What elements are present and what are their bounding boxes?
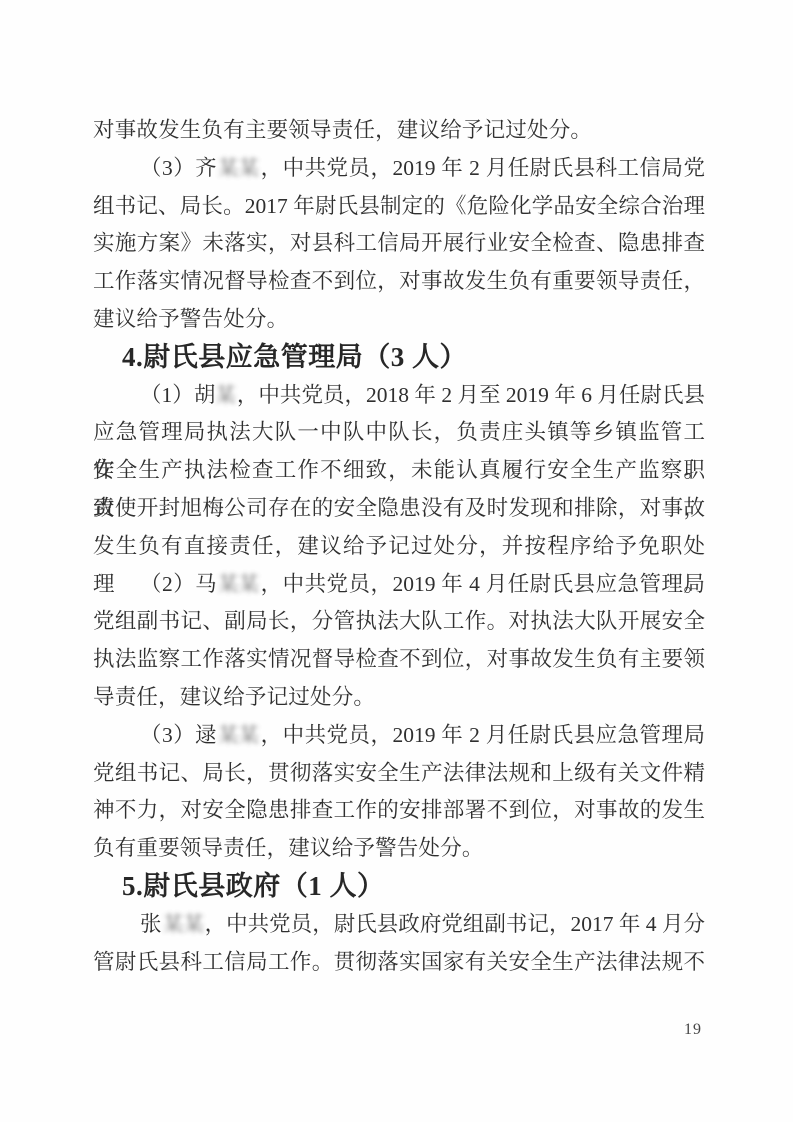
document-page: 对事故发生负有主要领导责任，建议给予记过处分。（3）齐某某，中共党员，2019 …	[0, 0, 793, 1122]
text-segment: （3）齐	[140, 156, 217, 180]
text-line: 组书记、局长。2017 年尉氏县制定的《危险化学品安全综合治理	[93, 188, 705, 226]
text-line: （3）齐某某，中共党员，2019 年 2 月任尉氏县科工信局党	[93, 150, 705, 188]
text-line: 党组书记、局长，贯彻落实安全生产法律法规和上级有关文件精	[93, 755, 705, 793]
text-segment: 负有重要领导责任，建议给予警告处分。	[93, 836, 484, 860]
text-segment: 神不力，对安全隐患排查工作的安排部署不到位，对事故的发生	[93, 798, 705, 822]
text-segment: （1）胡	[140, 383, 215, 407]
text-line: 安全生产执法检查工作不细致，未能认真履行安全生产监察职责，	[93, 452, 705, 490]
text-segment: 建议给予警告处分。	[93, 307, 288, 331]
text-line: 党组副书记、副局长，分管执法大队工作。对执法大队开展安全	[93, 603, 705, 641]
text-segment: 组书记、局长。2017 年尉氏县制定的《危险化学品安全综合治理	[93, 194, 705, 218]
section-heading: 5.尉氏县政府（1 人）	[93, 868, 705, 906]
text-line: 负有重要领导责任，建议给予警告处分。	[93, 830, 705, 868]
text-line: 管尉氏县科工信局工作。贯彻落实国家有关安全生产法律法规不	[93, 944, 705, 982]
redacted-name: 某某	[218, 718, 259, 754]
text-segment: 工作落实情况督导检查不到位，对事故发生负有重要领导责任，	[93, 269, 705, 293]
redacted-name: 某某	[218, 151, 259, 187]
text-segment: （3）逯	[140, 723, 217, 747]
text-line: 致使开封旭梅公司存在的安全隐患没有及时发现和排除，对事故	[93, 490, 705, 528]
text-line: 导责任，建议给予记过处分。	[93, 679, 705, 717]
text-line: 神不力，对安全隐患排查工作的安排部署不到位，对事故的发生	[93, 792, 705, 830]
text-segment: 对事故发生负有主要领导责任，建议给予记过处分。	[93, 118, 592, 142]
text-segment: （2）马	[140, 572, 217, 596]
text-segment: 4.尉氏县应急管理局（3 人）	[122, 342, 467, 372]
text-segment: ，中共党员，2019 年 2 月任尉氏县应急管理局	[260, 723, 705, 747]
text-segment: 实施方案》未落实，对县科工信局开展行业安全检查、隐患排查	[93, 231, 705, 255]
text-line: （2）马某某，中共党员，2019 年 4 月任尉氏县应急管理局	[93, 566, 705, 604]
text-line: 张某某，中共党员，尉氏县政府党组副书记，2017 年 4 月分	[93, 906, 705, 944]
text-line: 工作落实情况督导检查不到位，对事故发生负有重要领导责任，	[93, 263, 705, 301]
text-line: （3）逯某某，中共党员，2019 年 2 月任尉氏县应急管理局	[93, 717, 705, 755]
redacted-name: 某	[216, 377, 237, 413]
page-number: 19	[684, 1021, 702, 1039]
text-segment: 导责任，建议给予记过处分。	[93, 685, 375, 709]
text-segment: ，中共党员，尉氏县政府党组副书记，2017 年 4 月分	[205, 912, 705, 936]
redacted-name: 某某	[218, 566, 259, 602]
text-line: 实施方案》未落实，对县科工信局开展行业安全检查、隐患排查	[93, 225, 705, 263]
redacted-name: 某某	[162, 906, 203, 942]
text-segment: 党组副书记、副局长，分管执法大队工作。对执法大队开展安全	[93, 609, 705, 633]
text-segment: 张	[140, 912, 162, 936]
text-segment: ，中共党员，2019 年 4 月任尉氏县应急管理局	[260, 572, 705, 596]
text-segment: 致使开封旭梅公司存在的安全隐患没有及时发现和排除，对事故	[93, 496, 705, 520]
text-line: 建议给予警告处分。	[93, 301, 705, 339]
text-segment: ，中共党员，2018 年 2 月至 2019 年 6 月任尉氏县	[237, 383, 705, 407]
text-line: （1）胡某，中共党员，2018 年 2 月至 2019 年 6 月任尉氏县	[93, 377, 705, 415]
text-segment: ，中共党员，2019 年 2 月任尉氏县科工信局党	[260, 156, 705, 180]
text-line: 应急管理局执法大队一中队中队长，负责庄头镇等乡镇监管工作。	[93, 414, 705, 452]
text-segment: 党组书记、局长，贯彻落实安全生产法律法规和上级有关文件精	[93, 761, 705, 785]
text-segment: 执法监察工作落实情况督导检查不到位，对事故发生负有主要领	[93, 647, 705, 671]
page-body-text: 对事故发生负有主要领导责任，建议给予记过处分。（3）齐某某，中共党员，2019 …	[93, 112, 705, 981]
text-line: 发生负有直接责任，建议给予记过处分，并按程序给予免职处理。	[93, 528, 705, 566]
text-segment: 管尉氏县科工信局工作。贯彻落实国家有关安全生产法律法规不	[93, 950, 705, 974]
text-line: 对事故发生负有主要领导责任，建议给予记过处分。	[93, 112, 705, 150]
text-segment: 5.尉氏县政府（1 人）	[122, 871, 385, 901]
text-line: 执法监察工作落实情况督导检查不到位，对事故发生负有主要领	[93, 641, 705, 679]
section-heading: 4.尉氏县应急管理局（3 人）	[93, 339, 705, 377]
